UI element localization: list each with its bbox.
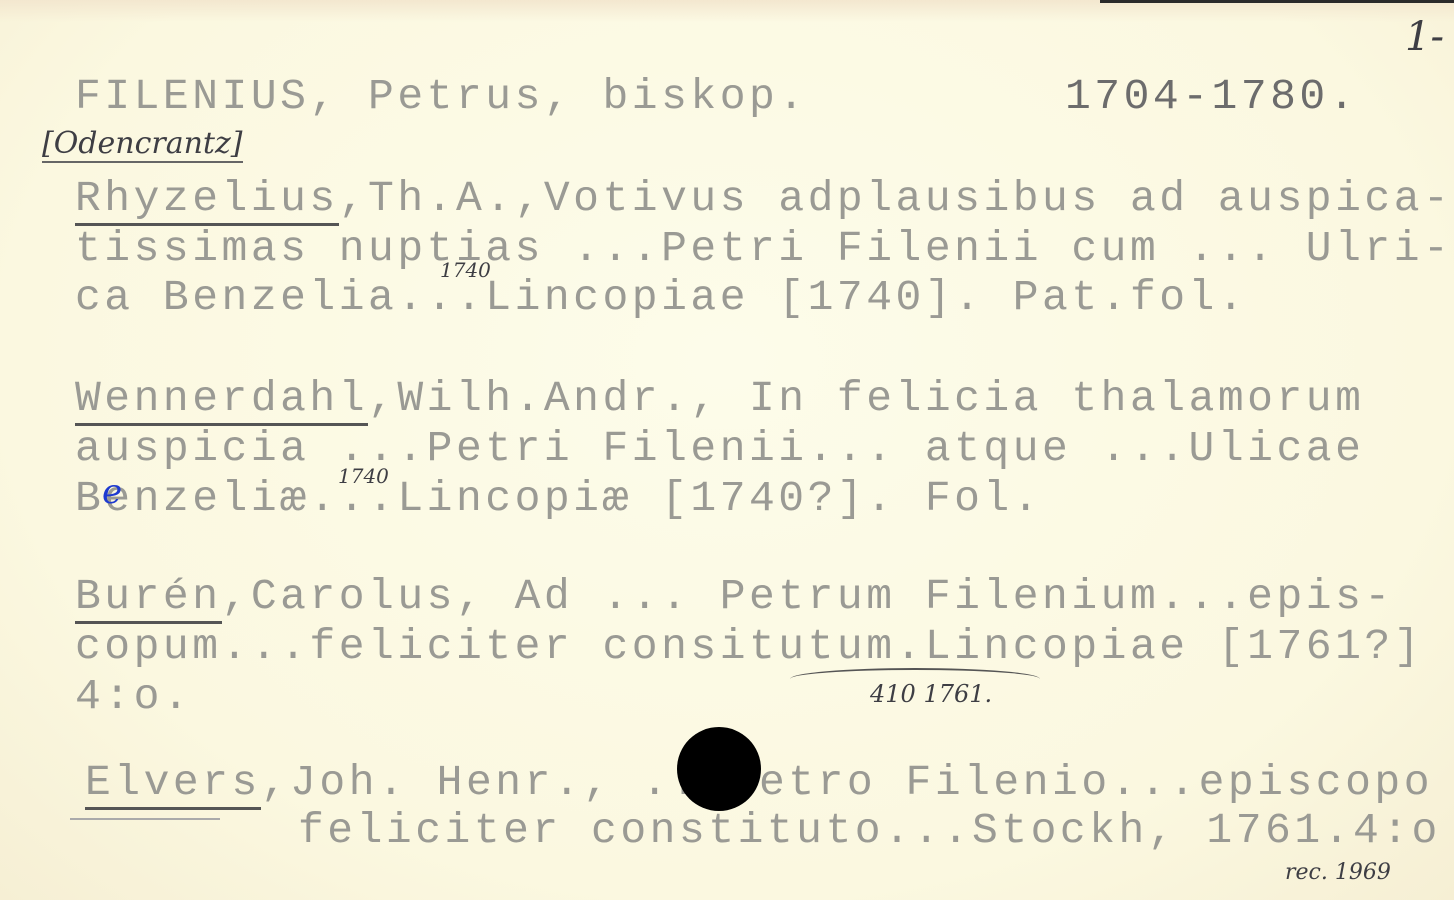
heading-line: FILENIUS, Petrus, biskop. <box>75 72 808 122</box>
entry-2-annotation: 1740 <box>338 464 389 488</box>
entry-4-annotation: rec. 1969 <box>1285 860 1391 885</box>
card-top-shadow <box>1100 0 1454 3</box>
heading-rest: , Petrus, biskop. <box>309 72 807 121</box>
entry-3-line-1: Burén,Carolus, Ad ... Petrum Filenium...… <box>75 572 1394 622</box>
entry-3-author: Burén <box>75 572 222 624</box>
entry-2-line-2: auspicia ...Petri Filenii... atque ...Ul… <box>75 424 1364 474</box>
card-top-edge <box>0 0 1454 22</box>
entry-4-author: Elvers <box>85 758 261 810</box>
catalog-card: 1- FILENIUS, Petrus, biskop. 1704-1780. … <box>0 0 1454 900</box>
entry-1-line-2: tissimas nuptias ...Petri Filenii cum ..… <box>75 224 1452 274</box>
entry-2-line-3: Benzeliæ...Lincopiæ [1740?]. Fol. <box>75 474 1042 524</box>
entry-1-line-1: Rhyzelius,Th.A.,Votivus adplausibus ad a… <box>75 174 1452 224</box>
entry-3-line-3: 4:o. <box>75 672 192 722</box>
entry-3-annotation: 410 1761. <box>870 680 992 708</box>
entry-1-author: Rhyzelius <box>75 174 339 226</box>
heading-dates: 1704-1780. <box>1065 72 1358 122</box>
heading-name: FILENIUS <box>75 72 309 121</box>
stray-rule <box>70 818 220 820</box>
entry-2-correction: e <box>102 472 122 512</box>
punch-hole <box>677 727 761 811</box>
entry-3-line-2: copum...feliciter consitutum.Lincopiae [… <box>75 622 1423 672</box>
handwritten-alias: [Odencrantz] <box>42 126 243 163</box>
page-marker: 1- <box>1405 14 1444 60</box>
entry-1-line-3: ca Benzelia...Lincopiae [1740]. Pat.fol. <box>75 273 1247 323</box>
entry-2-author: Wennerdahl <box>75 374 368 426</box>
entry-4-line-2: feliciter constituto...Stockh, 1761.4:o <box>298 806 1441 856</box>
entry-1-annotation: 1740 <box>440 258 491 282</box>
entry-2-line-1: Wennerdahl,Wilh.Andr., In felicia thalam… <box>75 374 1364 424</box>
